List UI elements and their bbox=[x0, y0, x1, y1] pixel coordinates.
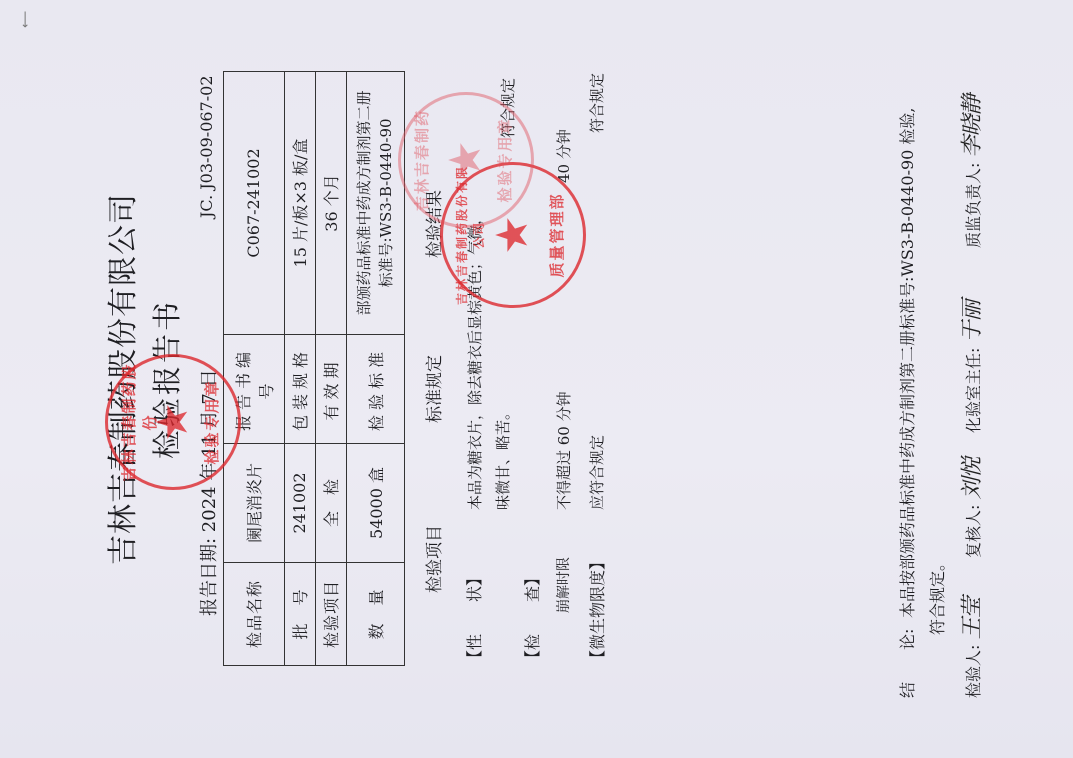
column-header-standard: 标准规定 bbox=[420, 355, 445, 423]
table-row: 批 号 241002 包装规格 15 片/板×3 板/盒 bbox=[284, 72, 315, 666]
appearance-standard-line1: 本品为糖衣片，除去糖衣后显棕黄色；气微， bbox=[464, 210, 485, 510]
star-icon: ★ bbox=[444, 140, 488, 179]
inspector-label: 检验人: bbox=[964, 645, 983, 698]
value-test-standard: 部颁药品标准中药成方制剂第二册 标准号:WS3-B-0440-90 bbox=[346, 72, 404, 335]
signature-lab-director: 化验室主任: 于丽 bbox=[955, 300, 986, 433]
signature-reviewer: 复核人: 刘悦 bbox=[955, 457, 986, 558]
value-quantity: 54000 盒 bbox=[346, 444, 404, 563]
test-standard-line2: 标准号:WS3-B-0440-90 bbox=[375, 76, 397, 330]
reviewer-label: 复核人: bbox=[964, 505, 983, 558]
arrow-mark-icon: ⟵ bbox=[18, 11, 32, 28]
qa-head-signature: 李晓静 bbox=[960, 94, 985, 157]
value-sample-name: 阑尾消炎片 bbox=[224, 444, 285, 563]
conclusion-text-line2: 符合规定。 bbox=[925, 555, 948, 635]
section-appearance-heading: 【性 状】 bbox=[462, 570, 485, 666]
microbial-result: 符合规定 bbox=[586, 73, 607, 133]
value-report-number: C067-241002 bbox=[224, 72, 285, 335]
signature-qa-head: 质监负责人: 李晓静 bbox=[955, 94, 986, 248]
disintegration-result: 40 分钟 bbox=[553, 129, 574, 183]
appearance-standard-line2: 味微甘、略苦。 bbox=[492, 405, 513, 510]
label-test-standard: 检验标准 bbox=[346, 335, 404, 444]
label-quantity: 数 量 bbox=[346, 563, 404, 666]
value-batch-number: 241002 bbox=[284, 444, 315, 563]
microbial-standard: 应符合规定 bbox=[586, 435, 607, 510]
document-code: JC. J03-09-067-02 bbox=[197, 75, 216, 218]
table-row: 数 量 54000 盒 检验标准 部颁药品标准中药成方制剂第二册 标准号:WS3… bbox=[346, 72, 404, 666]
value-test-items: 全 检 bbox=[315, 444, 346, 563]
conclusion-label: 结 论: bbox=[895, 629, 918, 698]
test-standard-line1: 部颁药品标准中药成方制剂第二册 bbox=[353, 76, 375, 330]
inspection-report-page: 吉林吉春制药股份有限公司 检验报告书 报告日期: 2024 年 11 月 7 日… bbox=[0, 0, 1073, 758]
label-test-items: 检验项目 bbox=[315, 563, 346, 666]
column-header-item: 检验项目 bbox=[420, 525, 445, 593]
inspector-signature: 王莹 bbox=[960, 597, 985, 639]
label-sample-name: 检品名称 bbox=[224, 563, 285, 666]
disintegration-standard: 不得超过 60 分钟 bbox=[553, 391, 574, 510]
stamp-bottom-text: 质量管理部 bbox=[546, 165, 567, 305]
value-shelf-life: 36 个月 bbox=[315, 72, 346, 335]
section-microbial-heading: 【微生物限度】 bbox=[585, 554, 608, 666]
label-batch-number: 批 号 bbox=[284, 563, 315, 666]
label-shelf-life: 有效期 bbox=[315, 335, 346, 444]
table-row: 检验项目 全 检 有效期 36 个月 bbox=[315, 72, 346, 666]
label-report-number: 报告书编号 bbox=[224, 335, 285, 444]
value-package-spec: 15 片/板×3 板/盒 bbox=[284, 72, 315, 335]
report-date: 报告日期: 2024 年 11 月 7 日 bbox=[195, 369, 221, 616]
section-check-heading: 【检 查】 bbox=[520, 570, 543, 666]
report-date-value: 2024 年 11 月 7 日 bbox=[199, 369, 220, 532]
quality-dept-stamp: 吉林吉春制药股份有限公司 ★ 质量管理部 bbox=[440, 162, 586, 308]
report-date-label: 报告日期: bbox=[199, 538, 220, 616]
document-title: 检验报告书 bbox=[145, 0, 186, 758]
label-package-spec: 包装规格 bbox=[284, 335, 315, 444]
signature-inspector: 检验人: 王莹 bbox=[955, 597, 986, 698]
star-icon: ★ bbox=[491, 215, 535, 254]
qa-head-label: 质监负责人: bbox=[964, 163, 983, 248]
sample-info-table: 检品名称 阑尾消炎片 报告书编号 C067-241002 批 号 241002 … bbox=[223, 71, 405, 666]
reviewer-signature: 刘悦 bbox=[960, 457, 985, 499]
column-header-result: 检验结果 bbox=[420, 190, 445, 258]
conclusion-text: 本品按部颁药品标准中药成方制剂第二册标准号:WS3-B-0440-90 检验, bbox=[895, 107, 918, 618]
company-name: 吉林吉春制药股份有限公司 bbox=[98, 0, 142, 758]
disintegration-item: 崩解时限 bbox=[553, 557, 573, 613]
lab-director-signature: 于丽 bbox=[960, 300, 985, 342]
appearance-result: 符合规定 bbox=[497, 78, 518, 138]
table-row: 检品名称 阑尾消炎片 报告书编号 C067-241002 bbox=[224, 72, 285, 666]
lab-director-label: 化验室主任: bbox=[964, 348, 983, 433]
